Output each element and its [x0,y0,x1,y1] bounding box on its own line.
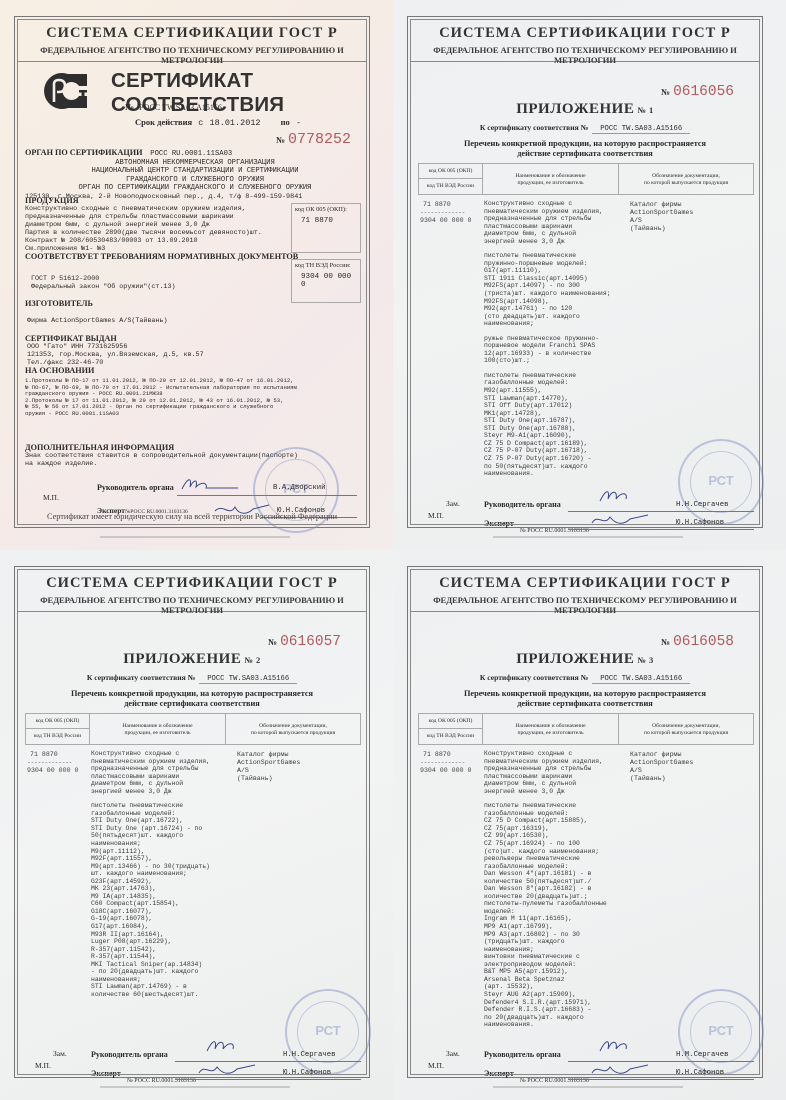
docs-line: Каталог фирмы [237,751,300,759]
tnved-code-box: код ТН ВЭД России: 9304 00 000 0 [291,259,361,303]
printer-imprint [100,1086,290,1088]
codes-cell: 71 8870 ------------- 9304 00 000 0 [27,751,78,775]
appendix-index: № 2 [244,655,260,665]
mp-label: М.П. [428,511,444,520]
okp-header: код ОК 005 (ОКП) [419,714,482,729]
docs-line: (Тайвань) [237,775,300,783]
product-paragraph: пистолеты пневматические газобаллонные м… [91,802,231,998]
tnved-code: 9304 00 000 0 [420,217,471,225]
issued-label: СЕРТИФИКАТ ВЫДАН [25,335,297,343]
issued-line: 121353, гор.Москва, ул.Вяземская, д.5, к… [27,351,297,359]
mp-label: М.П. [43,493,59,502]
product-paragraph: пистолеты пневматические газобаллонные м… [484,372,624,478]
valid-from: 18.01.2012 [210,118,261,128]
list-title-line: действие сертификата соответствия [408,149,762,159]
system-title: СИСТЕМА СЕРТИФИКАЦИИ ГОСТ Р [18,25,366,42]
expert-signature-line [175,1079,361,1080]
certificate-reference: К сертификату соответствия №РОСС TW.SA03… [408,123,762,133]
blank-number: №0616058 [661,633,734,650]
blank-number: №0778252 [276,131,351,148]
issued-line: ООО "Гато" ИНН 7731625956 [27,343,297,351]
expert-name: Ю.Н.Сафонов [676,1069,724,1077]
docs-header-line: по которой выпускается продукция [619,730,753,737]
list-title: Перечень конкретной продукции, на котору… [408,689,762,709]
agency-title: ФЕДЕРАЛЬНОЕ АГЕНТСТВО ПО ТЕХНИЧЕСКОМУ РЕ… [411,595,759,615]
head-name: Н.Н.Сергачев [676,501,729,509]
product-line: диаметром 6мм, с дульной энергией менее … [25,221,298,229]
products-cell: Конструктивно сходные с пневматическим о… [484,750,624,1036]
docs-cell: Каталог фирмы ActionSportGames A/S (Тайв… [630,201,693,233]
name-header-line: продукции, ее изготовитель [483,180,618,187]
certification-body: ОРГАН ПО СЕРТИФИКАЦИИ РОСС RU.0001.11SA0… [25,149,365,202]
reference-label: К сертификату соответствия № [480,673,588,682]
name-header-line: Наименование и обозначение [483,173,618,180]
blank-number-value: 0616057 [280,634,341,650]
no-sign: № [661,87,670,97]
certificate-number-value: РОСС TW.SA03.A15166 [139,103,222,112]
code-divider: ------------- [420,759,471,767]
reference-number: РОСС TW.SA03.A15166 [592,125,690,134]
docs-line: ActionSportGames [630,759,693,767]
okp-header: код ОК 005 (ОКП) [26,714,89,729]
organ-code: РОСС RU.0001.11SA03 [150,150,232,158]
organ-line: ОРГАН ПО СЕРТИФИКАЦИИ ГРАЖДАНСКОГО И СЛУ… [25,184,365,193]
name-header-line: Наименование и обозначение [483,723,618,730]
valid-from-prefix: с [198,118,203,128]
mp-label: М.П. [428,1061,444,1070]
certificate-reference: К сертификату соответствия №РОСС TW.SA03… [408,673,762,683]
product-paragraph: Конструктивно сходные с пневматическим о… [484,200,624,245]
appendix-title: ПРИЛОЖЕНИЕ№ 1 [408,101,762,118]
appendix-title-text: ПРИЛОЖЕНИЕ [516,651,634,667]
standards-section: ГОСТ Р 51612-2000 Федеральный закон "Об … [25,275,175,291]
printer-imprint [493,536,683,538]
head-signature-icon [203,1037,263,1055]
organ-line: ГРАЖДАНСКОГО И СЛУЖЕБНОГО ОРУЖИЯ [25,176,365,185]
okp-code-box: код ОК 005 (ОКП): 71 8870 [291,203,361,253]
printer-imprint [100,536,290,538]
tnved-header: код ТН ВЭД России [419,729,482,744]
codes-header: код ОК 005 (ОКП) код ТН ВЭД России [419,164,483,194]
list-title: Перечень конкретной продукции, на котору… [408,139,762,159]
code-divider: ------------- [27,759,78,767]
reference-number: РОСС TW.SA03.A15166 [199,675,297,684]
system-title: СИСТЕМА СЕРТИФИКАЦИИ ГОСТ Р [411,575,759,592]
manufacturer-name: Фирма ActionSportGames A/S(Тайвань) [27,317,167,325]
docs-line: Каталог фирмы [630,201,693,209]
head-signature-icon [596,487,656,505]
products-table-header: код ОК 005 (ОКП) код ТН ВЭД России Наиме… [418,713,754,745]
valid-to-label: по [281,117,290,127]
expert-label: Эксперт [484,1069,514,1078]
docs-header-line: Обозначение документации, [226,723,360,730]
head-name: Н.Н.Сергачев [283,1051,336,1059]
expert-name: Ю.Н.Сафонов [283,1069,331,1077]
appendix-header: СИСТЕМА СЕРТИФИКАЦИИ ГОСТ Р ФЕДЕРАЛЬНОЕ … [18,570,366,612]
certificate-page: СИСТЕМА СЕРТИФИКАЦИИ ГОСТ Р ФЕДЕРАЛЬНОЕ … [0,0,393,550]
name-header-line: продукции, ее изготовитель [483,730,618,737]
blank-number: №0616057 [268,633,341,650]
certificate-reference: К сертификату соответствия №РОСС TW.SA03… [15,673,369,683]
blank-number-value: 0616058 [673,634,734,650]
docs-line: Каталог фирмы [630,751,693,759]
codes-cell: 71 8870 ------------- 9304 00 000 0 [420,751,471,775]
legal-force-note: Сертификат имеет юридическую силу на все… [15,512,369,521]
okp-code: 71 8870 [301,217,357,225]
okp-code: 71 8870 [423,751,471,759]
blank-number: №0616056 [661,83,734,100]
tnved-code: 9304 00 000 0 [27,767,78,775]
printer-imprint [493,1086,683,1088]
head-name: Н.М.Сергачев [676,1051,729,1059]
rst-logo-icon [41,71,91,111]
head-signature-icon [596,1037,656,1055]
product-paragraph: пистолеты пневматические газобаллонные м… [484,802,624,1028]
appendix-frame: СИСТЕМА СЕРТИФИКАЦИИ ГОСТ Р ФЕДЕРАЛЬНОЕ … [14,566,370,1078]
reference-number: РОСС TW.SA03.A15166 [592,675,690,684]
codes-header: код ОК 005 (ОКП) код ТН ВЭД России [26,714,90,744]
okp-code: 71 8870 [423,201,471,209]
tnved-code: 9304 00 000 0 [301,273,357,289]
official-stamp [285,989,371,1075]
name-header: Наименование и обозначение продукции, ее… [90,714,226,744]
code-divider: ------------- [420,209,471,217]
appendix-frame: СИСТЕМА СЕРТИФИКАЦИИ ГОСТ Р ФЕДЕРАЛЬНОЕ … [407,566,763,1078]
head-signature-line [177,495,357,496]
tnved-header: код ТН ВЭД России [419,179,482,194]
head-label: Руководитель органа [91,1050,168,1059]
complies-label: СООТВЕТСТВУЕТ ТРЕБОВАНИЯМ НОРМАТИВНЫХ ДО… [25,253,298,261]
product-label: ПРОДУКЦИЯ [25,197,298,205]
mp-label: М.П. [35,1061,51,1070]
organ-line: АВТОНОМНАЯ НЕКОММЕРЧЕСКАЯ ОРГАНИЗАЦИЯ [25,159,365,168]
product-line: предназначенные для стрельбы пластмассов… [25,213,298,221]
expert-label: Эксперт [91,1069,121,1078]
product-line: Партия в количестве 2890(две тысячи восе… [25,229,298,237]
products-cell: Конструктивно сходные с пневматическим о… [91,750,231,1006]
product-paragraph: ружье пневматическое пружинно- поршневое… [484,335,624,365]
docs-cell: Каталог фирмы ActionSportGames A/S (Тайв… [237,751,300,783]
expert-signature-line [568,1079,754,1080]
product-paragraph: пистолеты пневматические пружинно-поршне… [484,252,624,327]
product-line: Конструктивно сходные с пневматическим о… [25,205,298,213]
certificate-header: СИСТЕМА СЕРТИФИКАЦИИ ГОСТ Р ФЕДЕРАЛЬНОЕ … [18,20,366,62]
docs-line: A/S [630,217,693,225]
docs-line: (Тайвань) [630,225,693,233]
docs-header-line: по которой выпускается продукция [226,730,360,737]
docs-line: ActionSportGames [237,759,300,767]
products-table-header: код ОК 005 (ОКП) код ТН ВЭД России Наиме… [418,163,754,195]
tnved-label: код ТН ВЭД России: [295,262,351,269]
docs-header: Обозначение документации, по которой вып… [226,714,360,744]
docs-header-line: Обозначение документации, [619,723,753,730]
official-stamp [678,989,764,1075]
tnved-header: код ТН ВЭД России [26,729,89,744]
docs-header-line: по которой выпускается продукция [619,180,753,187]
system-title: СИСТЕМА СЕРТИФИКАЦИИ ГОСТ Р [18,575,366,592]
list-title-line: действие сертификата соответствия [15,699,369,709]
head-label: Руководитель органа [97,483,174,492]
product-line: Контракт № 208/60530483/00003 от 13.09.2… [25,237,298,245]
list-title-line: Перечень конкретной продукции, на котору… [15,689,369,699]
appendix-header: СИСТЕМА СЕРТИФИКАЦИИ ГОСТ Р ФЕДЕРАЛЬНОЕ … [411,20,759,62]
product-paragraph: Конструктивно сходные с пневматическим о… [91,750,231,795]
okp-label: код ОК 005 (ОКП): [295,206,347,213]
basis-line: оружия - РОСС RU.0001.11SA03 [25,411,297,418]
product-paragraph: Конструктивно сходные с пневматическим о… [484,750,624,795]
codes-cell: 71 8870 ------------- 9304 00 000 0 [420,201,471,225]
list-title-line: действие сертификата соответствия [408,699,762,709]
appendix-header: СИСТЕМА СЕРТИФИКАЦИИ ГОСТ Р ФЕДЕРАЛЬНОЕ … [411,570,759,612]
no-sign: № [268,637,277,647]
appendix-index: № 3 [637,655,653,665]
blank-number-value: 0778252 [288,131,351,148]
docs-header-line: Обозначение документации, [619,173,753,180]
name-header-line: Наименование и обозначение [90,723,225,730]
issued-section: СЕРТИФИКАТ ВЫДАН ООО "Гато" ИНН 77316259… [25,335,297,418]
appendix-3-page: СИСТЕМА СЕРТИФИКАЦИИ ГОСТ Р ФЕДЕРАЛЬНОЕ … [393,550,786,1100]
okp-code: 71 8870 [30,751,78,759]
zam-label: Зам. [53,1049,67,1058]
validity-label: Срок действия [135,117,192,127]
standard-line: Федеральный закон "Об оружии"(ст.13) [31,283,175,291]
appendix-title-text: ПРИЛОЖЕНИЕ [516,101,634,117]
expert-name: Ю.Н.Сафонов [676,519,724,527]
zam-label: Зам. [446,1049,460,1058]
official-stamp [678,439,764,525]
docs-line: A/S [630,767,693,775]
expert-signature-line [568,529,754,530]
zam-label: Зам. [446,499,460,508]
expert-signature-icon [590,511,650,529]
head-label: Руководитель органа [484,500,561,509]
validity: Срок действия с 18.01.2012 по - [135,117,301,128]
certificate-frame: СИСТЕМА СЕРТИФИКАЦИИ ГОСТ Р ФЕДЕРАЛЬНОЕ … [14,16,370,528]
organ-line: НАЦИОНАЛЬНЫЙ ЦЕНТР СТАНДАРТИЗАЦИИ И СЕРТ… [25,167,365,176]
name-header: Наименование и обозначение продукции, ее… [483,164,619,194]
product-section: ПРОДУКЦИЯ Конструктивно сходные с пневма… [25,197,298,261]
docs-cell: Каталог фирмы ActionSportGames A/S (Тайв… [630,751,693,783]
no-sign: № [125,102,134,112]
appendix-frame: СИСТЕМА СЕРТИФИКАЦИИ ГОСТ Р ФЕДЕРАЛЬНОЕ … [407,16,763,528]
appendix-title-text: ПРИЛОЖЕНИЕ [123,651,241,667]
expert-signature-icon [590,1061,650,1079]
head-name: В.А.Дворский [273,484,326,492]
agency-title: ФЕДЕРАЛЬНОЕ АГЕНТСТВО ПО ТЕХНИЧЕСКОМУ РЕ… [18,595,366,615]
blank-number-value: 0616056 [673,84,734,100]
certificate-number: №РОСС TW.SA03.A15166 [125,102,222,112]
list-title: Перечень конкретной продукции, на котору… [15,689,369,709]
docs-line: (Тайвань) [630,775,693,783]
extra-info-section: ДОПОЛНИТЕЛЬНАЯ ИНФОРМАЦИЯ Знак соответст… [25,444,298,468]
organ-label: ОРГАН ПО СЕРТИФИКАЦИИ [25,148,142,157]
extra-info-line: на каждое изделие. [25,460,298,468]
no-sign: № [276,135,285,145]
system-title: СИСТЕМА СЕРТИФИКАЦИИ ГОСТ Р [411,25,759,42]
list-title-line: Перечень конкретной продукции, на котору… [408,139,762,149]
expert-label: Эксперт [484,519,514,528]
extra-info-label: ДОПОЛНИТЕЛЬНАЯ ИНФОРМАЦИЯ [25,444,298,452]
docs-header: Обозначение документации, по которой вып… [619,164,753,194]
docs-line: ActionSportGames [630,209,693,217]
docs-line: A/S [237,767,300,775]
name-header-line: продукции, ее изготовитель [90,730,225,737]
name-header: Наименование и обозначение продукции, ее… [483,714,619,744]
manufacturer-label: ИЗГОТОВИТЕЛЬ [25,300,167,308]
appendix-title: ПРИЛОЖЕНИЕ№ 3 [408,651,762,668]
valid-to: - [296,118,301,128]
reference-label: К сертификату соответствия № [87,673,195,682]
expert-signature-icon [197,1061,257,1079]
head-label: Руководитель органа [484,1050,561,1059]
agency-title: ФЕДЕРАЛЬНОЕ АГЕНТСТВО ПО ТЕХНИЧЕСКОМУ РЕ… [411,45,759,65]
basis-label: НА ОСНОВАНИИ [25,367,297,375]
appendix-2-page: СИСТЕМА СЕРТИФИКАЦИИ ГОСТ Р ФЕДЕРАЛЬНОЕ … [0,550,393,1100]
no-sign: № [661,637,670,647]
okp-header: код ОК 005 (ОКП) [419,164,482,179]
agency-title: ФЕДЕРАЛЬНОЕ АГЕНТСТВО ПО ТЕХНИЧЕСКОМУ РЕ… [18,45,366,65]
products-cell: Конструктивно сходные с пневматическим о… [484,200,624,485]
codes-header: код ОК 005 (ОКП) код ТН ВЭД России [419,714,483,744]
products-table-header: код ОК 005 (ОКП) код ТН ВЭД России Наиме… [25,713,361,745]
tnved-code: 9304 00 000 0 [420,767,471,775]
appendix-title: ПРИЛОЖЕНИЕ№ 2 [15,651,369,668]
extra-info-line: Знак соответствия ставится в сопроводите… [25,452,298,460]
head-signature-icon [180,475,240,493]
appendix-index: № 1 [637,105,653,115]
reference-label: К сертификату соответствия № [480,123,588,132]
docs-header: Обозначение документации, по которой вып… [619,714,753,744]
standard-line: ГОСТ Р 51612-2000 [31,275,175,283]
appendix-1-page: СИСТЕМА СЕРТИФИКАЦИИ ГОСТ Р ФЕДЕРАЛЬНОЕ … [393,0,786,550]
list-title-line: Перечень конкретной продукции, на котору… [408,689,762,699]
manufacturer-section: ИЗГОТОВИТЕЛЬ Фирма ActionSportGames A/S(… [25,300,167,325]
